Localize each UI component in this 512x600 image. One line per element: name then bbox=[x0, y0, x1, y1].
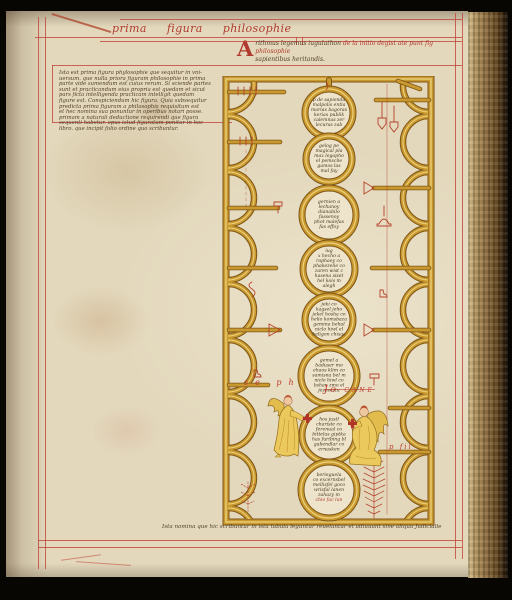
shoe-icon bbox=[380, 290, 387, 297]
initial-A: A bbox=[237, 40, 253, 57]
medallion-text-8: berieguela co excernsbel mellisfel goco … bbox=[307, 468, 352, 508]
red-scribble bbox=[76, 561, 131, 566]
bell-icon bbox=[377, 206, 391, 226]
medallion-text-3: gernien a lechanoy dianabilo fassenoy ph… bbox=[307, 200, 351, 230]
heading-word: philosophie bbox=[223, 22, 292, 35]
hammer-icon bbox=[370, 374, 379, 385]
ruling-line bbox=[120, 19, 462, 20]
ruling-line bbox=[38, 547, 462, 548]
marginal-text-block: Ista est prima figura phylosophie que se… bbox=[59, 71, 231, 133]
ruling-line bbox=[462, 13, 463, 559]
heading-word: prima bbox=[112, 22, 147, 35]
incipit-brown-text: rithmus legemus iugulathon bbox=[255, 40, 341, 47]
medallion-8-brown: berieguela co excernsbel mellisfel goco … bbox=[313, 473, 345, 498]
plumb-bob-icon bbox=[378, 102, 386, 129]
right-angel bbox=[348, 406, 388, 467]
red-scribble bbox=[61, 554, 101, 561]
medallion-8-red: chie fac lun bbox=[307, 498, 352, 503]
medallion-text-5: jeki co kagsel jeho jekel hosha co helio… bbox=[309, 303, 349, 338]
incipit-paragraph: A rithmus legemus iugulathon de la initi… bbox=[237, 40, 469, 64]
ruling-line bbox=[45, 17, 46, 569]
right-margin-red-label: p fil bbox=[389, 443, 413, 451]
medallion-text-1: p de sapienda malpolis entia marias bago… bbox=[309, 98, 349, 128]
left-angel-head bbox=[284, 397, 292, 405]
ruling-line bbox=[38, 17, 39, 569]
ruling-line bbox=[455, 13, 456, 559]
bottom-caption: Ista nomina que hic scribuntur in ista t… bbox=[162, 524, 468, 530]
red-fern-ornament-right bbox=[363, 460, 385, 518]
ruling-line bbox=[52, 65, 53, 122]
manuscript-photo: prima figura philosophie A rithmus legem… bbox=[0, 0, 512, 600]
heading-word: figura bbox=[167, 22, 203, 35]
incipit-brown-text2: sapientibus heritandis. bbox=[255, 56, 325, 63]
ruling-line bbox=[38, 540, 462, 541]
scallop-arcs-right bbox=[403, 76, 429, 526]
folio-heading: prima figura philosophie bbox=[112, 22, 291, 35]
ruling-line bbox=[52, 65, 462, 66]
plumb-bob-icon bbox=[390, 106, 398, 132]
medallion-text-7: hos justl chariste co ferenual co bittel… bbox=[307, 418, 351, 453]
left-angel-red-label: se ph bbox=[244, 378, 301, 387]
medallion-text-4: iug x hecho a raphaey co phakezelie co z… bbox=[308, 249, 351, 289]
right-angel-red-label: Jo cane bbox=[324, 385, 375, 395]
parchment-page: prima figura philosophie A rithmus legem… bbox=[6, 11, 468, 577]
book-fore-edge bbox=[468, 12, 508, 578]
medallion-text-2: gelog pe magical pla max legapho el pems… bbox=[310, 144, 348, 174]
